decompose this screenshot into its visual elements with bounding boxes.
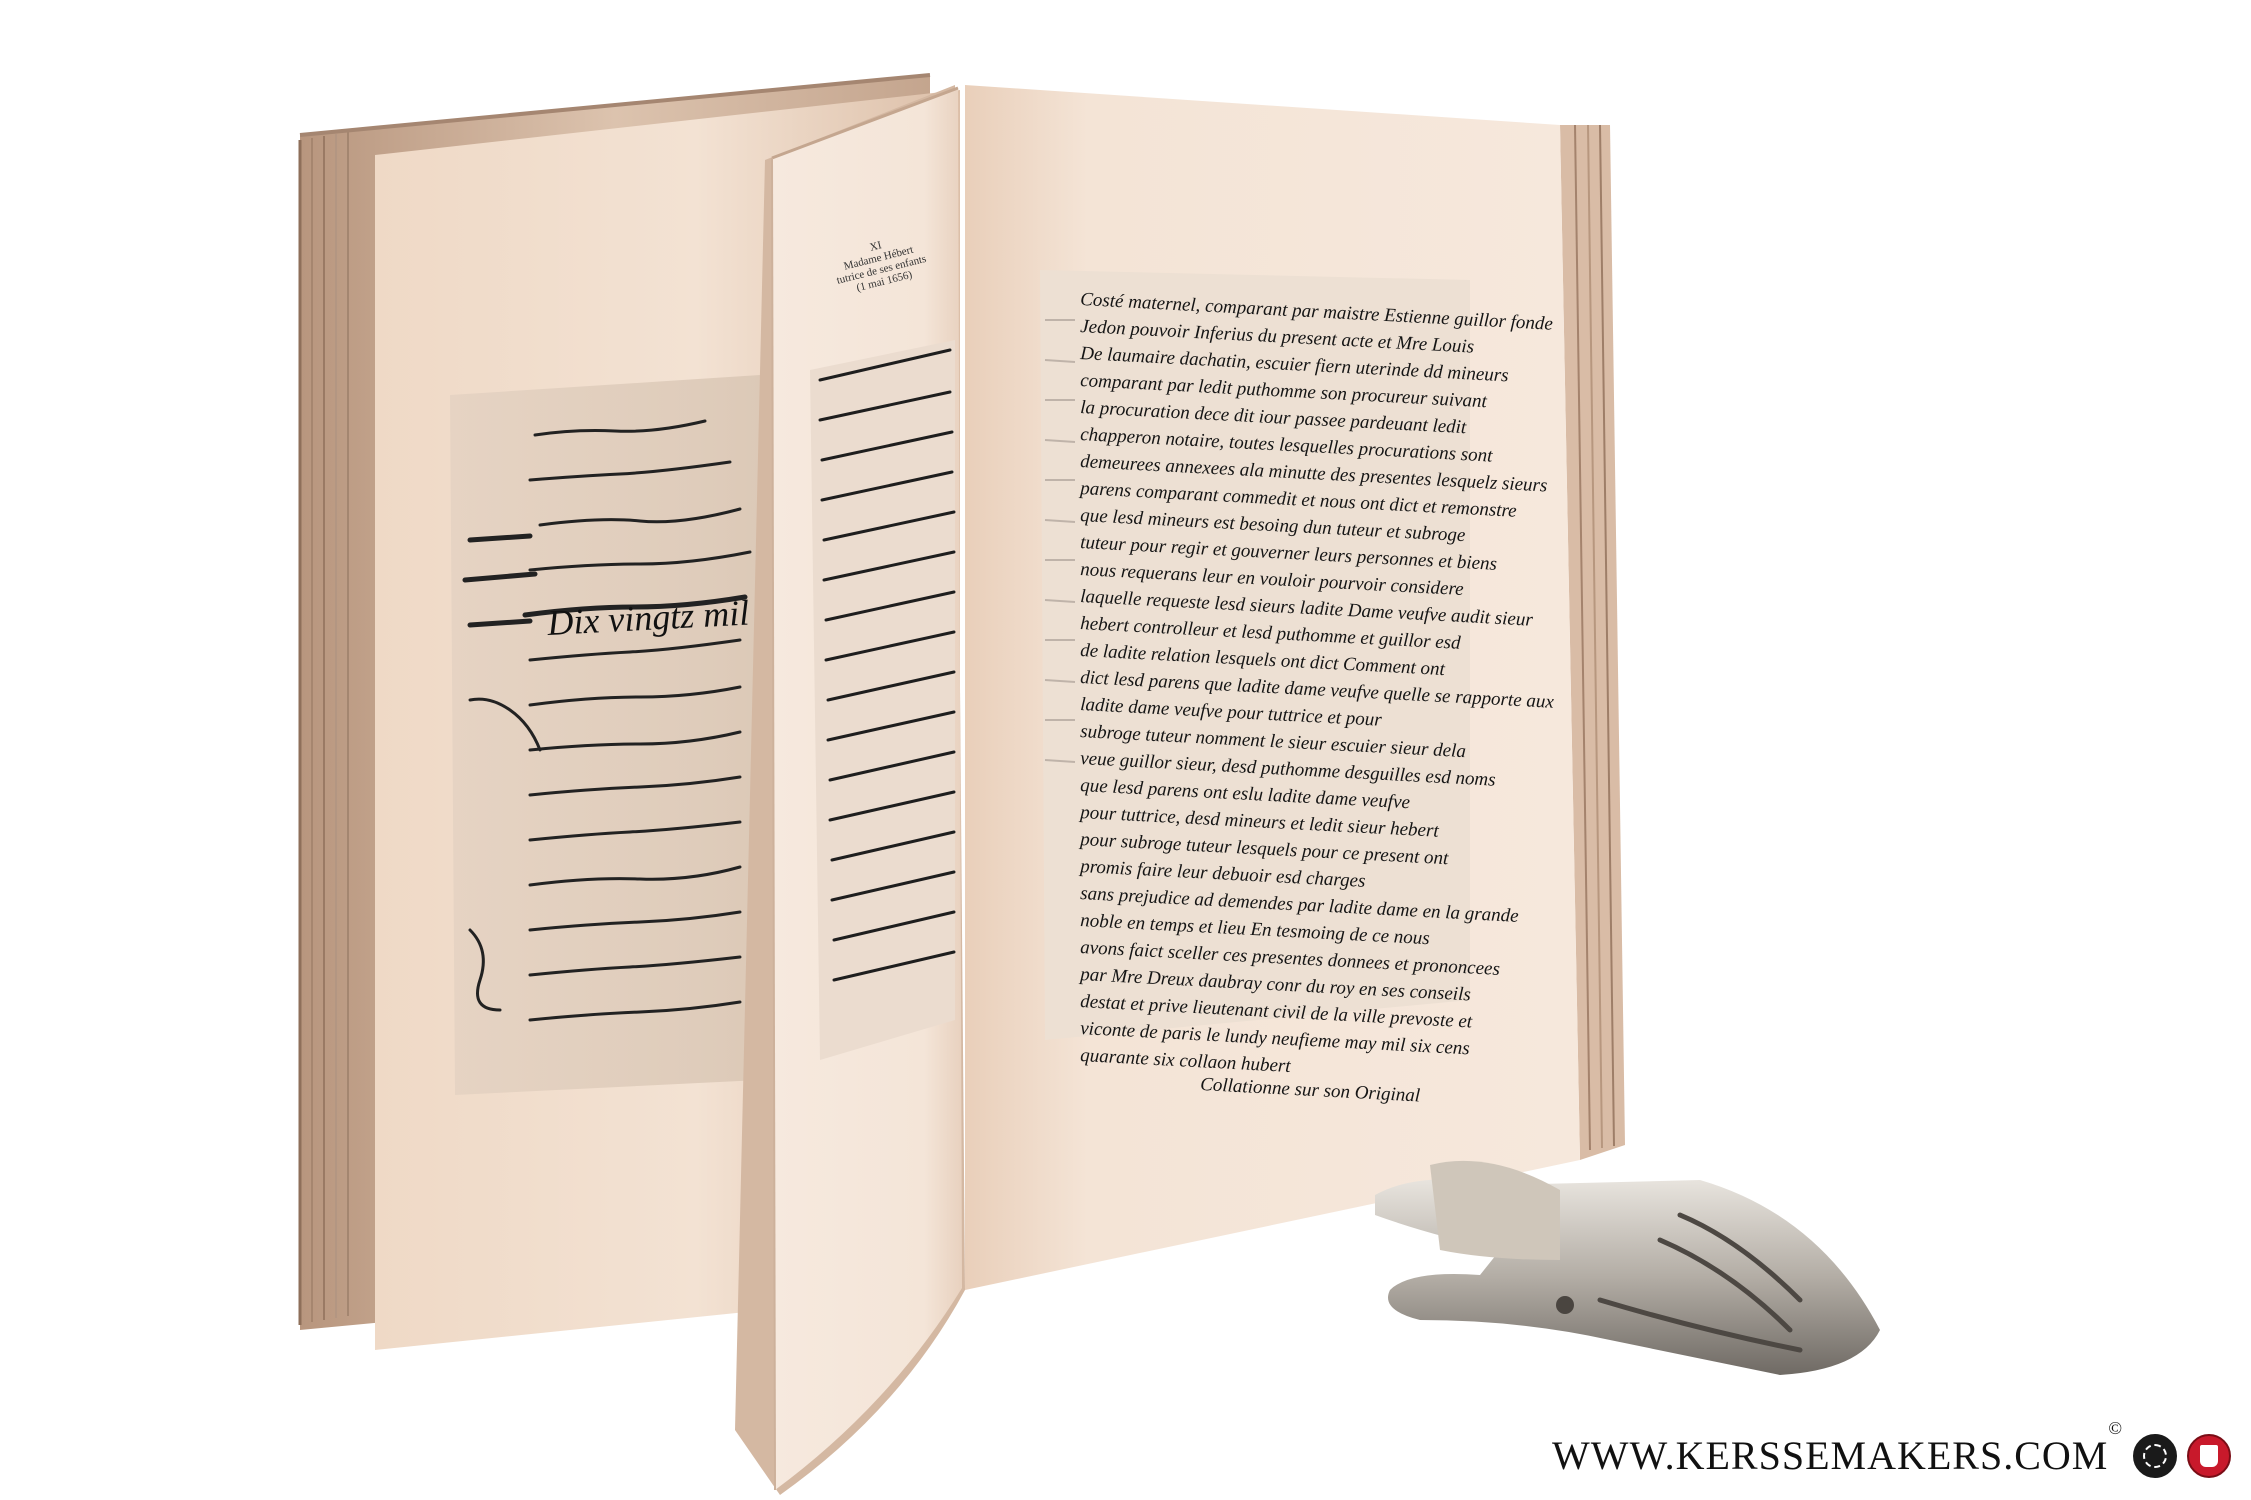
nva-seal-icon [2133,1434,2177,1478]
product-photo: Dix vingtz mil Liures a Costé maternel, … [0,0,2251,1500]
ilab-seal-icon [2187,1434,2231,1478]
hand-page-clip [1375,1161,1880,1375]
copyright-symbol: © [2108,1418,2123,1438]
watermark-url: WWW.KERSSEMAKERS.COM© [1552,1432,2123,1479]
watermark: WWW.KERSSEMAKERS.COM© [1552,1432,2231,1479]
watermark-text: WWW.KERSSEMAKERS.COM [1552,1433,2108,1478]
turning-page [735,85,965,1495]
open-book: Dix vingtz mil Liures a Costé maternel, … [0,0,2251,1500]
